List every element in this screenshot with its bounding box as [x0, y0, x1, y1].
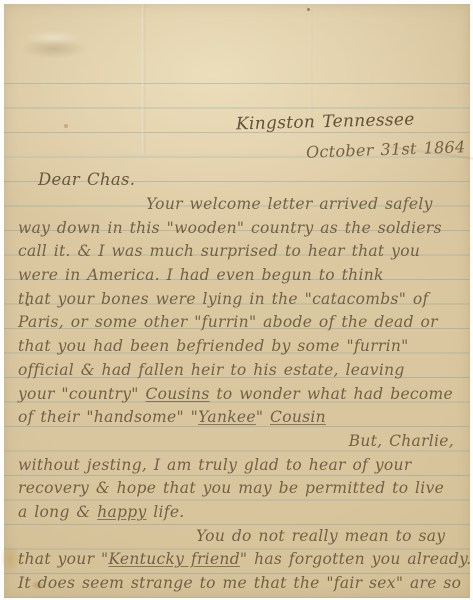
letter-line: of their "handsome" "Yankee" Cousin	[18, 406, 458, 430]
letter-line: call it. & I was much surprised to hear …	[18, 240, 458, 264]
letter-line: were in America. I had even begun to thi…	[18, 264, 458, 288]
ink-speck	[307, 8, 310, 11]
letter-line: that your "Kentucky friend" has forgotte…	[18, 548, 458, 572]
embossed-stationer-mark	[18, 28, 90, 60]
letter-body: Your welcome letter arrived safelyway do…	[18, 193, 458, 596]
fold-crease-vertical	[310, 4, 312, 124]
letter-line: that your bones were lying in the "catac…	[18, 288, 458, 312]
letter-line: Paris, or some other "furrin" abode of t…	[18, 311, 458, 335]
ink-speck	[64, 124, 68, 128]
letter-line: Your welcome letter arrived safely	[18, 193, 458, 217]
letter-line: a long & happy life.	[18, 501, 458, 525]
letter-line: that you had been befriended by some "fu…	[18, 335, 458, 359]
letter-line: without jesting, I am truly glad to hear…	[18, 454, 458, 478]
letter-line: But, Charlie,	[18, 430, 458, 454]
letter-line: It does seem strange to me that the "fai…	[18, 572, 458, 596]
letter-line: way down in this "wooden" country as the…	[18, 217, 458, 241]
letter-line: recovery & hope that you may be permitte…	[18, 477, 458, 501]
letter-salutation: Dear Chas.	[38, 170, 135, 189]
letter-paper: Kingston Tennessee October 31st 1864 Dea…	[4, 4, 470, 598]
stain	[0, 542, 20, 576]
letter-line: your "country" Cousins to wonder what ha…	[18, 383, 458, 407]
letter-line: You do not really mean to say	[18, 525, 458, 549]
letter-line: official & had fallen heir to his estate…	[18, 359, 458, 383]
fold-crease-vertical	[142, 4, 145, 154]
